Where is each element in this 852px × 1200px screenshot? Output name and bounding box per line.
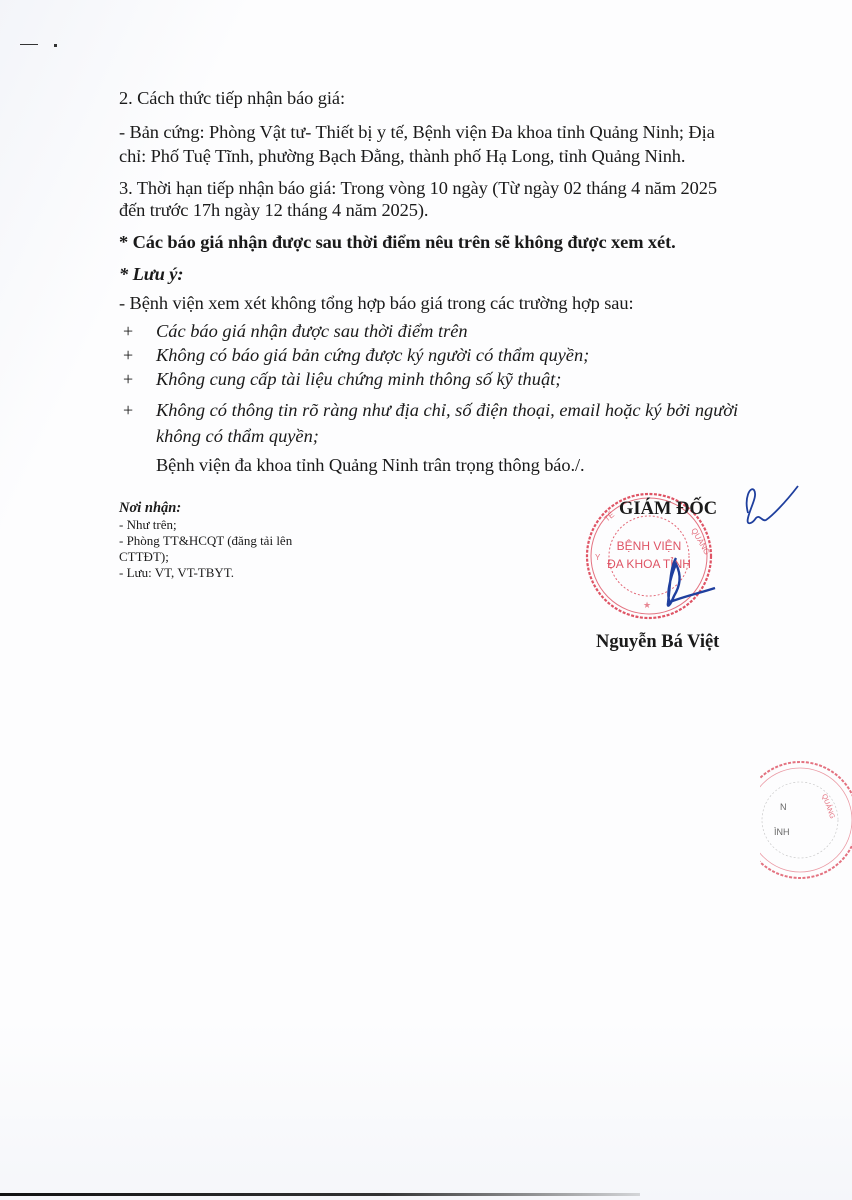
bullet-marker: + — [123, 369, 133, 390]
recipients-block: Nơi nhận: - Như trên; - Phòng TT&HCQT (đ… — [119, 500, 292, 581]
bullet-item: Không có thông tin rõ ràng như địa chỉ, … — [156, 400, 738, 421]
scan-artifact — [20, 44, 38, 45]
partial-stamp: N ÌNH QUẢNG — [760, 755, 852, 885]
scan-artifact — [54, 44, 57, 47]
bullet-marker: + — [123, 345, 133, 366]
partial-stamp-text-2: ÌNH — [774, 827, 790, 837]
recipient-item: - Lưu: VT, VT-TBYT. — [119, 565, 292, 581]
page-bottom-edge — [0, 1193, 640, 1196]
bullet-marker: + — [123, 321, 133, 342]
bullet-item: Không cung cấp tài liệu chứng minh thông… — [156, 369, 561, 390]
bullet-item: Không có báo giá bản cứng được ký người … — [156, 345, 589, 366]
section3-line2: đến trước 17h ngày 12 tháng 4 năm 2025). — [119, 200, 428, 221]
recipient-item: - Phòng TT&HCQT (đăng tải lên — [119, 533, 292, 549]
svg-text:TẾ: TẾ — [602, 509, 616, 523]
bullet-item-continuation: không có thẩm quyền; — [156, 426, 319, 447]
recipient-item: - Như trên; — [119, 517, 292, 533]
note-heading: * Lưu ý: — [119, 264, 183, 285]
late-submission-warning: * Các báo giá nhận được sau thời điểm nê… — [119, 232, 676, 253]
section3-line1: 3. Thời hạn tiếp nhận báo giá: Trong vòn… — [119, 178, 717, 199]
partial-stamp-text-1: N — [780, 802, 787, 812]
bullet-item: Các báo giá nhận được sau thời điểm trên — [156, 321, 468, 342]
section2-line2: chỉ: Phố Tuệ Tĩnh, phường Bạch Đằng, thà… — [119, 146, 685, 167]
section2-line1: - Bản cứng: Phòng Vật tư- Thiết bị y tế,… — [119, 122, 715, 143]
signatory-name: Nguyễn Bá Việt — [596, 632, 719, 653]
section2-heading: 2. Cách thức tiếp nhận báo giá: — [119, 88, 345, 109]
recipients-title: Nơi nhận: — [119, 500, 292, 517]
svg-text:Y: Y — [595, 553, 601, 562]
closing-statement: Bệnh viện đa khoa tỉnh Quảng Ninh trân t… — [156, 455, 584, 476]
recipient-item: CTTĐT); — [119, 549, 292, 565]
handwritten-signature — [640, 478, 800, 628]
bullet-marker: + — [123, 400, 133, 421]
svg-text:QUẢNG: QUẢNG — [820, 793, 837, 820]
note-intro: - Bệnh viện xem xét không tổng hợp báo g… — [119, 293, 633, 314]
